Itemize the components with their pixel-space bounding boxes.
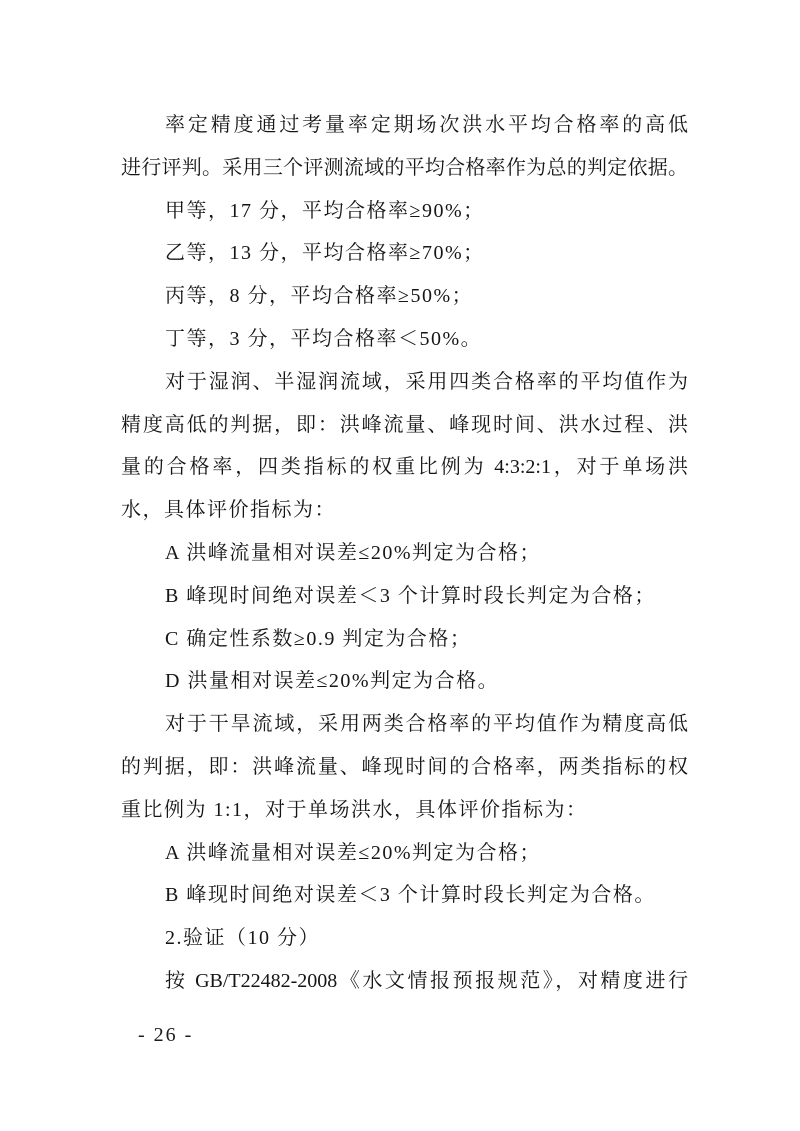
text-line: 对于湿润、半湿润流域，采用四类合格率的平均值作为 bbox=[121, 361, 688, 404]
text-line: A 洪峰流量相对误差≤20%判定为合格； bbox=[121, 832, 688, 875]
text-line: D 洪量相对误差≤20%判定为合格。 bbox=[121, 660, 688, 703]
text-line: B 峰现时间绝对误差＜3 个计算时段长判定为合格。 bbox=[121, 874, 688, 917]
text-line: 量的合格率，四类指标的权重比例为 4:3:2:1，对于单场洪 bbox=[121, 446, 688, 489]
text-line: 的判据，即：洪峰流量、峰现时间的合格率，两类指标的权 bbox=[121, 746, 688, 789]
text-line: 精度高低的判据，即：洪峰流量、峰现时间、洪水过程、洪 bbox=[121, 404, 688, 447]
text-line: 重比例为 1:1，对于单场洪水，具体评价指标为： bbox=[121, 789, 688, 832]
text-line: 进行评判。采用三个评测流域的平均合格率作为总的判定依据。 bbox=[121, 147, 688, 190]
document-page: 率定精度通过考量率定期场次洪水平均合格率的高低进行评判。采用三个评测流域的平均合… bbox=[0, 0, 800, 1131]
text-line: 按 GB/T22482-2008《水文情报预报规范》，对精度进行 bbox=[121, 960, 688, 1003]
text-line: 率定精度通过考量率定期场次洪水平均合格率的高低 bbox=[121, 104, 688, 147]
text-line: 对于干旱流域，采用两类合格率的平均值作为精度高低 bbox=[121, 703, 688, 746]
text-line: 丙等，8 分，平均合格率≥50%； bbox=[121, 275, 688, 318]
text-line: B 峰现时间绝对误差＜3 个计算时段长判定为合格； bbox=[121, 575, 688, 618]
page-number: - 26 - bbox=[138, 1023, 193, 1047]
text-line: A 洪峰流量相对误差≤20%判定为合格； bbox=[121, 532, 688, 575]
text-line: 乙等，13 分，平均合格率≥70%； bbox=[121, 232, 688, 275]
text-line: 丁等，3 分，平均合格率＜50%。 bbox=[121, 318, 688, 361]
document-body: 率定精度通过考量率定期场次洪水平均合格率的高低进行评判。采用三个评测流域的平均合… bbox=[121, 104, 688, 1003]
text-line: C 确定性系数≥0.9 判定为合格； bbox=[121, 618, 688, 661]
text-line: 2.验证（10 分） bbox=[121, 917, 688, 960]
text-line: 甲等，17 分，平均合格率≥90%； bbox=[121, 190, 688, 233]
text-line: 水，具体评价指标为： bbox=[121, 489, 688, 532]
